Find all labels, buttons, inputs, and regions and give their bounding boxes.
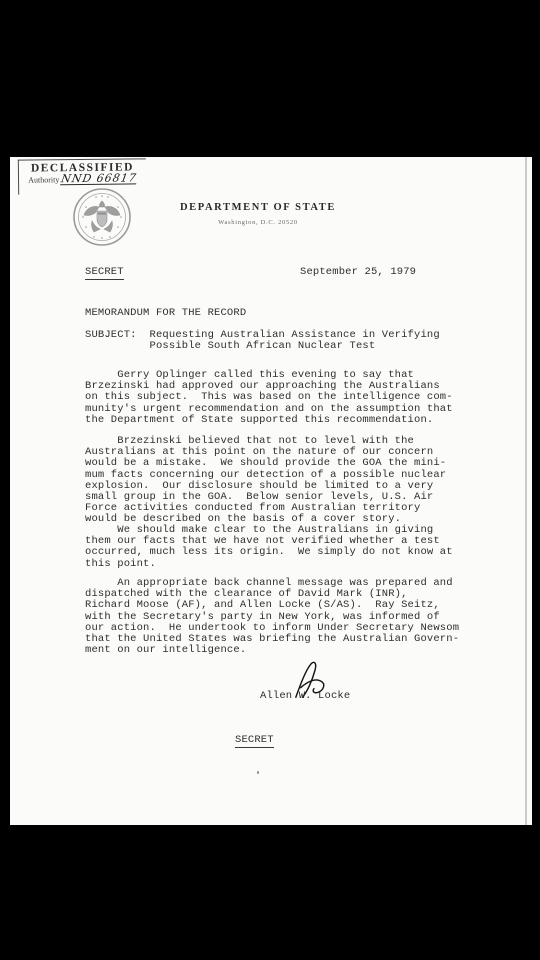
authority-label: Authority [28, 175, 59, 184]
dateline: September 25, 1979 [300, 267, 416, 278]
classification-marking-bottom: SECRET [235, 735, 274, 746]
authority-number-handwritten: NND 66817 [60, 173, 137, 185]
memorandum-line: MEMORANDUM FOR THE RECORD [85, 308, 246, 319]
scan-artifact-speck [257, 771, 259, 774]
letterhead-department: DEPARTMENT OF STATE [138, 202, 378, 213]
scan-background: DECLASSIFIED Authority NND 66817 [0, 0, 540, 960]
classification-marking-top: SECRET [85, 267, 124, 278]
document-page: DECLASSIFIED Authority NND 66817 [10, 157, 532, 825]
classification-bottom-text: SECRET [235, 734, 274, 748]
paragraph-4: An appropriate back channel message was … [85, 578, 459, 656]
classification-top-text: SECRET [85, 266, 124, 280]
paragraph-3: We should make clear to the Australians … [85, 525, 453, 570]
page-edge-shadow [525, 157, 527, 825]
subject-block: SUBJECT: Requesting Australian Assistanc… [85, 330, 440, 352]
signature-typed-name: Allen W. Locke [260, 691, 350, 702]
paragraph-2: Brzezinski believed that not to level wi… [85, 436, 446, 526]
letterhead-address: Washington, D.C. 20520 [138, 219, 378, 226]
declassified-stamp-authority: Authority NND 66817 [19, 173, 146, 185]
letterhead: DEPARTMENT OF STATE Washington, D.C. 205… [138, 202, 378, 226]
paragraph-1: Gerry Oplinger called this evening to sa… [85, 370, 453, 426]
department-of-state-seal-icon [72, 187, 132, 247]
